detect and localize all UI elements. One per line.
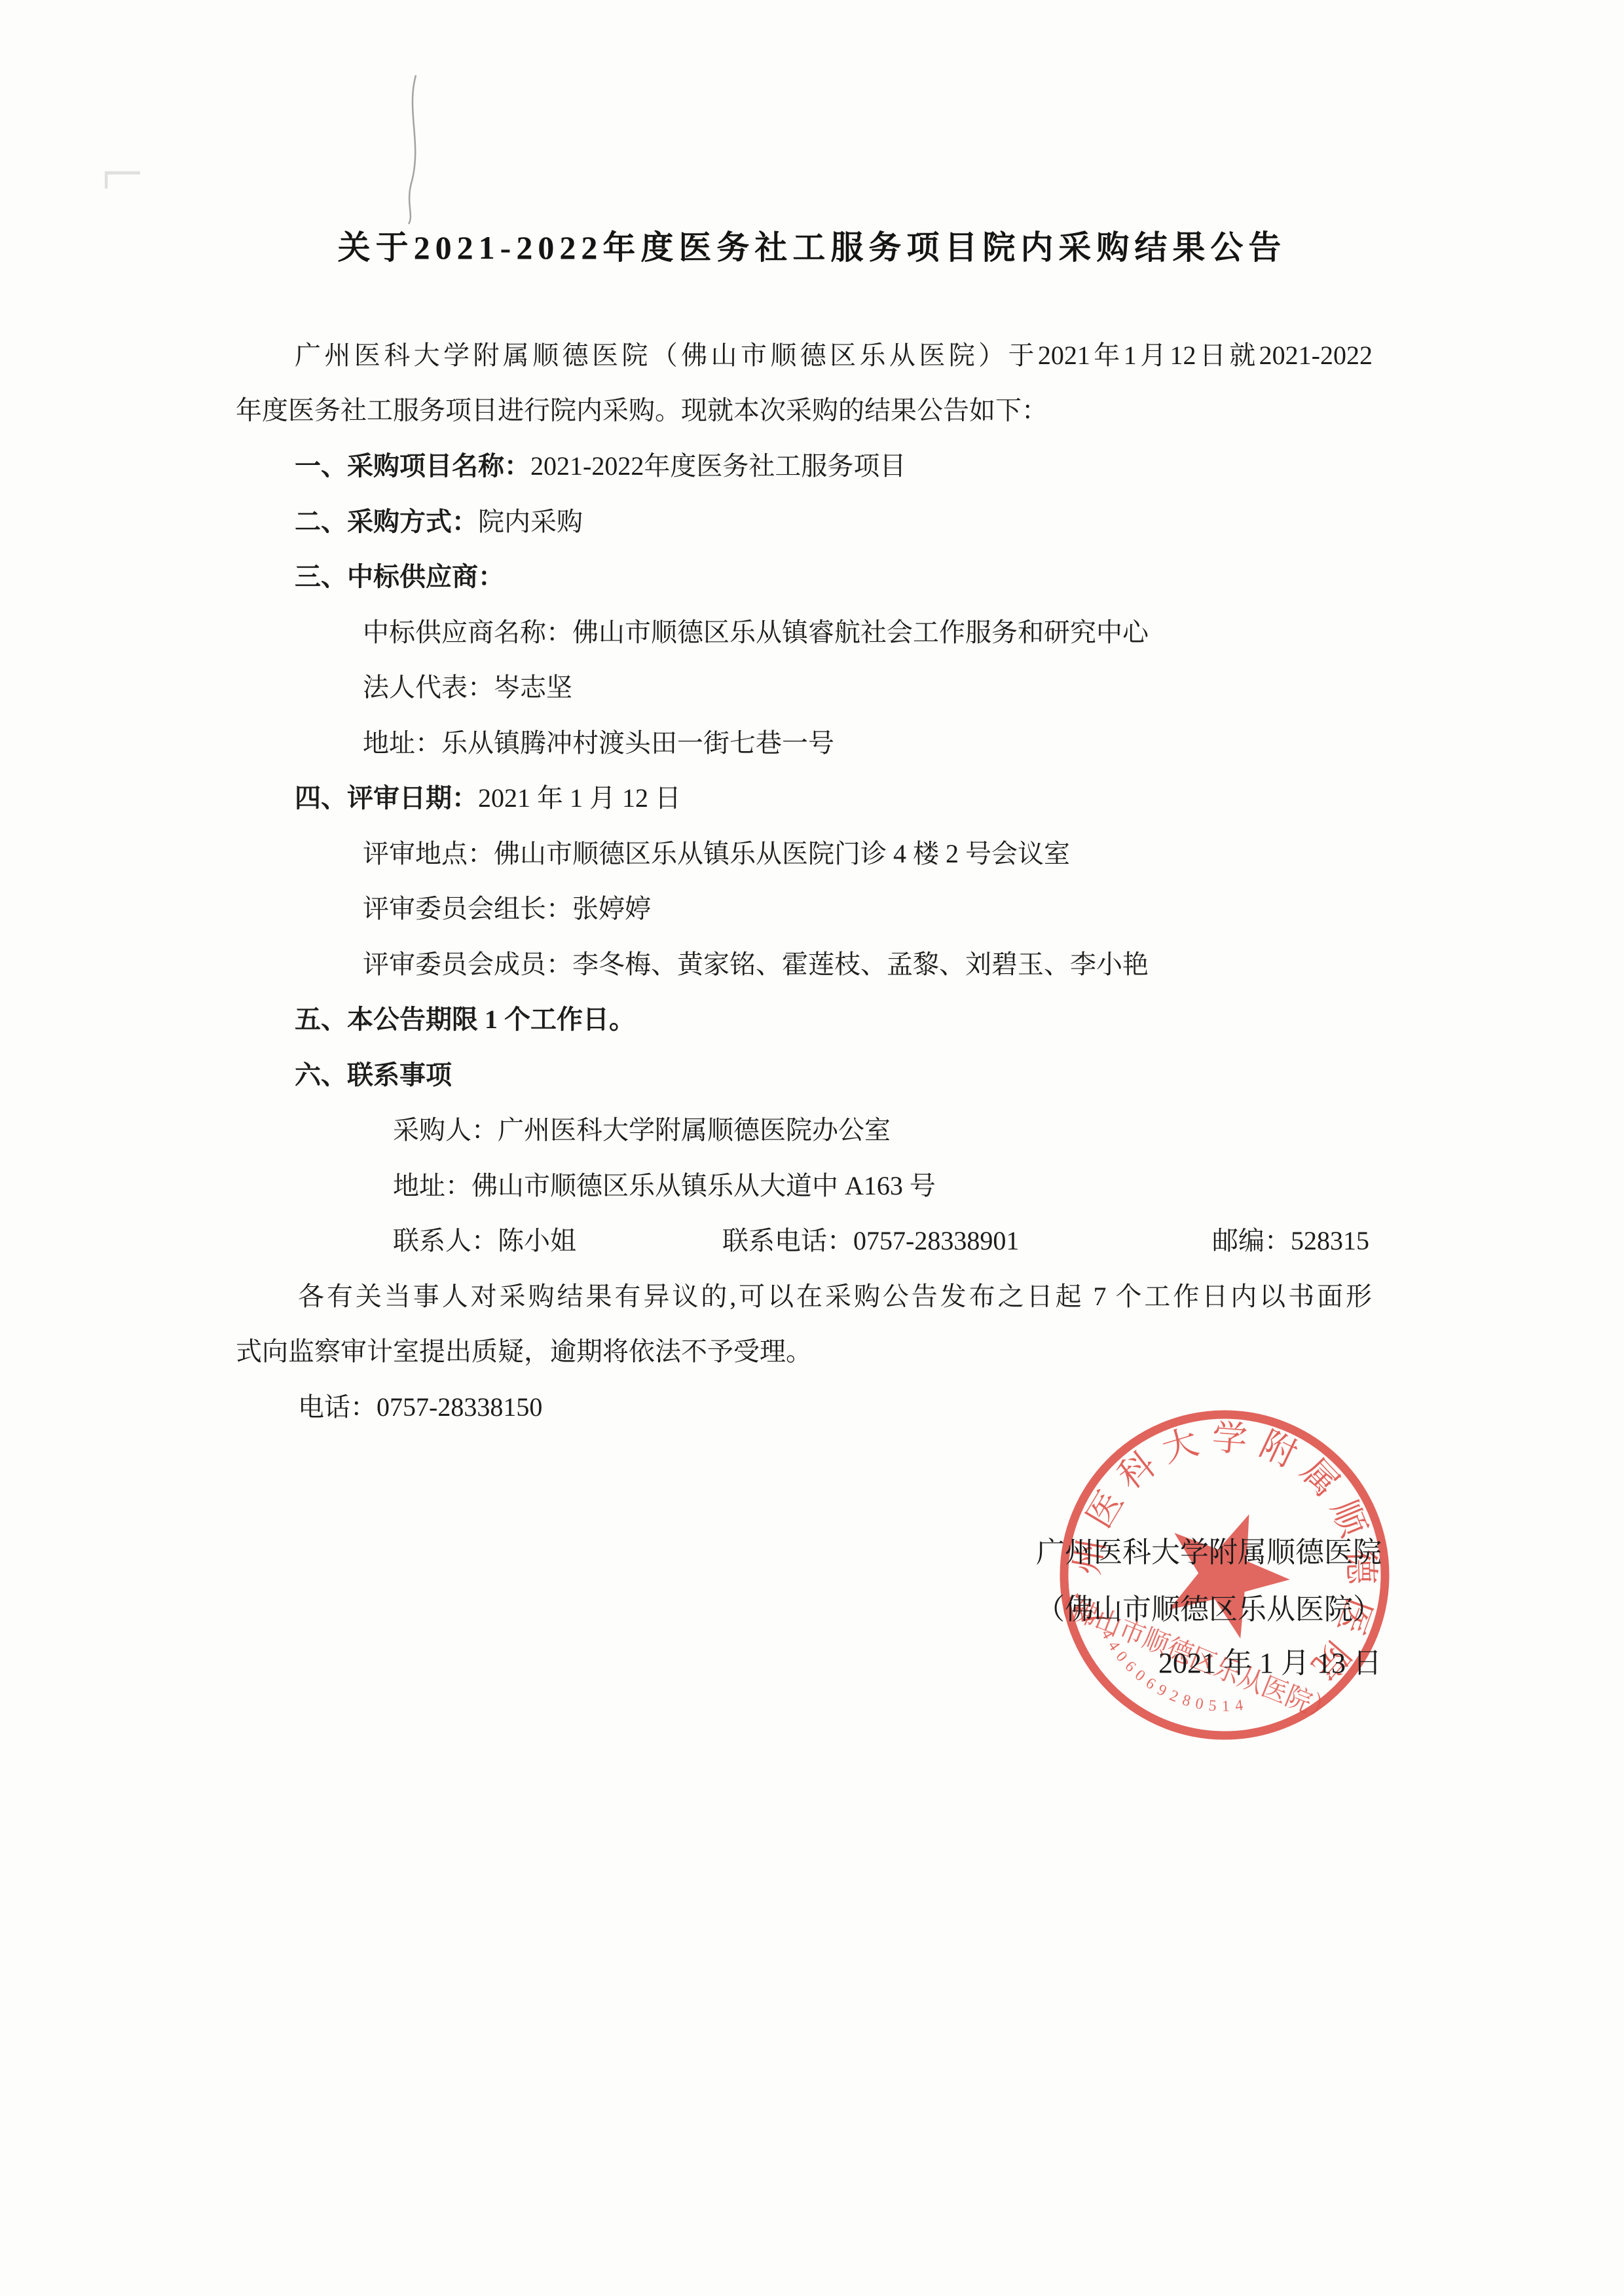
item-value: 院内采购 [478,507,583,536]
official-seal-stamp: 广州医科大学附属顺德医院 （佛山市顺德区乐从医院） 4406069280514 [1041,1392,1408,1758]
contact-phone: 联系电话：0757-28338901 [722,1226,1019,1256]
detail-supplier-address: 地址：乐从镇腾冲村渡头田一街七巷一号 [363,728,834,758]
item-winning-supplier: 三、中标供应商： [295,562,504,592]
item-value: 2021 年 1 月 12 日 [478,783,681,813]
detail-committee-leader: 评审委员会组长：张婷婷 [363,894,651,924]
seal-rotated-group: 广州医科大学附属顺德医院 （佛山市顺德区乐从医院） 4406069280514 [1041,1392,1408,1758]
item-review-date: 四、评审日期：2021 年 1 月 12 日 [295,783,681,813]
contact-postal: 邮编：528315 [1212,1226,1369,1256]
scan-artifact-squiggle [399,72,432,229]
detail-purchaser-address: 地址：佛山市顺德区乐从镇乐从大道中 A163 号 [393,1171,936,1201]
item-label: 四、评审日期： [295,783,478,813]
scanned-document-page: 关于2021-2022年度医务社工服务项目院内采购结果公告 广州医科大学附属顺德… [0,0,1624,2296]
signature-org-line-2: （佛山市顺德区乐从医院） [1036,1595,1382,1624]
intro-line-1: 广州医科大学附属顺德医院（佛山市顺德区乐从医院）于2021年1月12日就2021… [295,341,1373,371]
item-value: 2021-2022年度医务社工服务项目 [530,451,906,481]
detail-purchaser: 采购人：广州医科大学附属顺德医院办公室 [393,1115,891,1145]
signature-org-line-1: 广州医科大学附属顺德医院 [1036,1538,1382,1567]
item-label: 一、采购项目名称： [295,451,530,481]
scan-artifact-smudge [105,169,144,193]
contact-phone-value: 0757-28338901 [853,1226,1019,1255]
contact-postal-label: 邮编： [1212,1226,1291,1255]
item-label: 三、中标供应商： [295,562,504,591]
item-notice-period: 五、本公告期限 1 个工作日。 [295,1005,635,1035]
contact-person-label: 联系人： [393,1226,498,1255]
document-title: 关于2021-2022年度医务社工服务项目院内采购结果公告 [0,221,1624,268]
detail-review-location: 评审地点：佛山市顺德区乐从镇乐从医院门诊 4 楼 2 号会议室 [363,839,1070,869]
item-label: 六、联系事项 [295,1060,452,1090]
item-label: 二、采购方式： [295,507,478,536]
contact-person-value: 陈小姐 [498,1226,576,1255]
contact-postal-value: 528315 [1291,1226,1369,1255]
item-label: 五、本公告期限 1 个工作日。 [295,1005,635,1034]
objection-line-2: 式向监察审计室提出质疑，逾期将依法不予受理。 [236,1337,812,1367]
item-procurement-method: 二、采购方式：院内采购 [295,507,583,537]
contact-phone-label: 联系电话： [722,1226,853,1255]
detail-committee-members: 评审委员会成员：李冬梅、黄家铭、霍莲枝、孟黎、刘碧玉、李小艳 [363,950,1149,980]
item-project-name: 一、采购项目名称：2021-2022年度医务社工服务项目 [295,451,906,481]
supervision-telephone: 电话：0757-28338150 [298,1392,542,1422]
item-contact-matters: 六、联系事项 [295,1060,452,1090]
contact-person: 联系人：陈小姐 [393,1226,576,1256]
intro-line-2: 年度医务社工服务项目进行院内采购。现就本次采购的结果公告如下： [236,396,1048,426]
signature-date: 2021 年 1 月 13 日 [1158,1649,1382,1678]
detail-legal-representative: 法人代表：岑志坚 [363,673,572,703]
detail-supplier-name: 中标供应商名称：佛山市顺德区乐从镇睿航社会工作服务和研究中心 [363,618,1149,648]
objection-line-1: 各有关当事人对采购结果有异议的,可以在采购公告发布之日起 7 个工作日内以书面形 [298,1282,1372,1312]
